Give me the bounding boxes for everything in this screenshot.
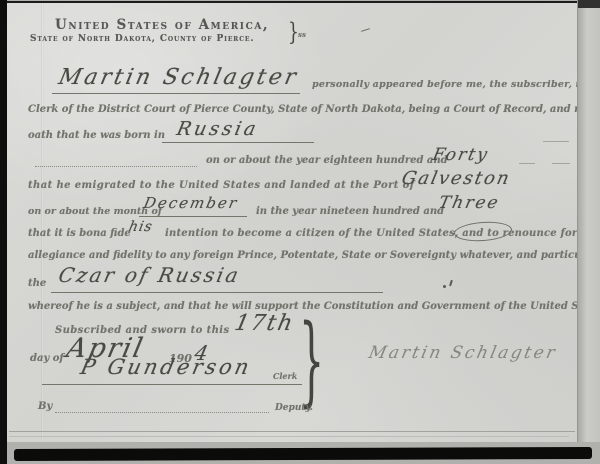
scan-left-edge — [0, 0, 7, 464]
page-crease — [9, 431, 575, 432]
handwriting-sovereign: Czar of Russia — [56, 263, 242, 287]
printed-intention: intention to become a citizen of the Uni… — [165, 228, 600, 239]
month-underline — [139, 216, 247, 217]
execution-brace-glyph: } — [299, 315, 324, 412]
printed-by: By — [38, 401, 52, 412]
name-underline — [52, 93, 300, 94]
printed-deputy: Deputy. — [275, 403, 313, 413]
printed-day-of: day of — [30, 353, 64, 364]
scan-top-edge — [7, 1, 579, 3]
ink-dot — [443, 285, 446, 288]
printed-clerk-court: Clerk of the District Court of Pierce Co… — [28, 104, 600, 115]
handwriting-day: 17th — [232, 311, 296, 336]
blank-line — [35, 166, 197, 167]
scan-bottom-bar — [14, 447, 592, 461]
printed-oath-born: oath that he was born in — [28, 130, 165, 141]
header-country: United States of America, — [55, 17, 269, 33]
ink-mark — [357, 25, 370, 31]
printed-emigrated: that he emigrated to the United States a… — [28, 180, 414, 191]
page-right-edge — [577, 0, 600, 442]
handwriting-clerk-signature: P Gunderson — [78, 355, 254, 379]
ss-label: ss — [298, 30, 306, 39]
handwriting-pronoun: his — [127, 219, 154, 235]
handwriting-port: Galveston — [400, 168, 513, 189]
ink-circle-renounce — [453, 220, 512, 243]
handwriting-birthplace: Russia — [175, 118, 261, 140]
by-blank-line — [55, 412, 269, 413]
handwriting-declarant-signature: Martin Schlagter — [367, 343, 559, 363]
handwriting-declarant-name: Martin Schlagter — [56, 65, 301, 90]
birthplace-underline — [162, 142, 314, 143]
handwriting-landing-year: Three — [437, 193, 502, 213]
sovereign-underline — [51, 292, 383, 293]
ink-tick — [449, 280, 452, 286]
printed-appeared: personally appeared before me, the subsc… — [312, 79, 594, 90]
handwriting-month: December — [142, 194, 240, 212]
printed-allegiance: allegiance and fidelity to any foreign P… — [28, 250, 600, 261]
printed-bona-fide: that it is bona fide — [28, 228, 131, 239]
paper-fold-line — [41, 3, 44, 442]
scan-corner-shadow — [578, 0, 600, 8]
document-scan: United States of America, State of North… — [0, 0, 600, 464]
stray-dash — [519, 163, 535, 164]
clerk-signature-underline — [42, 384, 302, 385]
stray-dash — [552, 163, 570, 164]
header-state-county: State of North Dakota, County of Pierce. — [30, 34, 254, 44]
printed-clerk-label: Clerk — [273, 371, 297, 381]
page-crease-faint — [9, 436, 569, 437]
handwriting-birth-year: Forty — [431, 145, 491, 165]
declaration-form-page: United States of America, State of North… — [7, 3, 577, 442]
stray-dash — [543, 141, 569, 142]
printed-in-year: in the year nineteen hundred and — [256, 206, 444, 217]
printed-the: the — [28, 278, 46, 289]
printed-about-year: on or about the year eighteen hundred an… — [206, 155, 448, 166]
